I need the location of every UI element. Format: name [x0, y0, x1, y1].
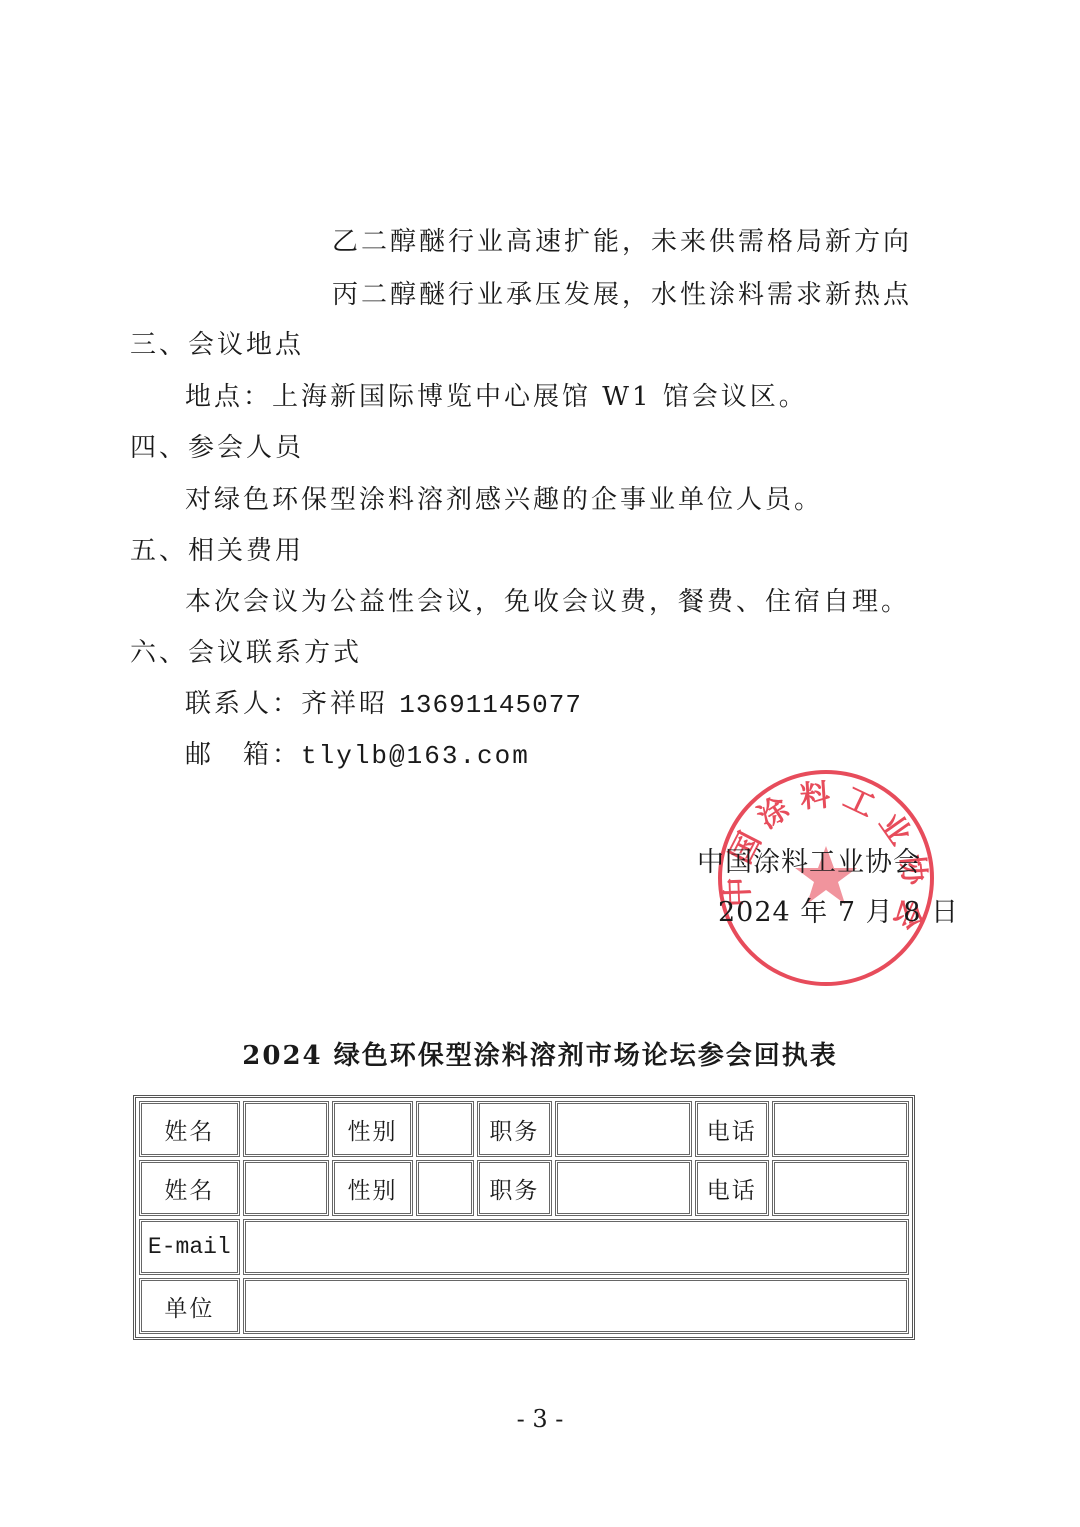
unit-label-cell: 单位: [139, 1278, 240, 1334]
table-row: E-mail: [139, 1219, 909, 1275]
contact-email[interactable]: tlylb@163.com: [301, 741, 530, 771]
page-number: - 3 -: [0, 1405, 1080, 1433]
position-label-1: 职务: [477, 1101, 551, 1157]
name-label-1: 姓名: [139, 1101, 240, 1157]
section-heading-fees: 五、相关费用: [130, 536, 304, 566]
table-row: 姓名 性别 职务 电话: [139, 1160, 909, 1216]
contact-phone: 13691145077: [399, 690, 582, 720]
section-heading-venue: 三、会议地点: [130, 330, 304, 360]
phone-label-2: 电话: [695, 1160, 769, 1216]
contact-email-line: 邮 箱：tlylb@163.com: [185, 740, 530, 771]
signing-date: 2024 年 7 月 8 日: [718, 890, 959, 929]
phone-field-1[interactable]: [772, 1101, 909, 1157]
table-row: 姓名 性别 职务 电话: [139, 1101, 909, 1157]
signing-organization: 中国涂料工业协会: [697, 840, 921, 879]
section-body-fees: 本次会议为公益性会议，免收会议费，餐费、住宿自理。: [185, 587, 910, 617]
name-label-2: 姓名: [139, 1160, 240, 1216]
section-heading-attendees: 四、参会人员: [130, 433, 304, 463]
phone-field-2[interactable]: [772, 1160, 909, 1216]
email-label-cell: E-mail: [139, 1219, 240, 1275]
reply-form-table: 姓名 性别 职务 电话 姓名 性别 职务 电话 E-mail 单位: [133, 1095, 915, 1340]
gender-label-2: 性别: [332, 1160, 413, 1216]
contact-label: 联系人：: [185, 689, 301, 719]
section-body-attendees: 对绿色环保型涂料溶剂感兴趣的企事业单位人员。: [185, 485, 823, 515]
unit-field[interactable]: [243, 1278, 909, 1334]
gender-label-1: 性别: [332, 1101, 413, 1157]
topic-line-1: 乙二醇醚行业高速扩能，未来供需格局新方向: [332, 227, 912, 257]
position-field-1[interactable]: [555, 1101, 692, 1157]
gender-field-2[interactable]: [416, 1160, 474, 1216]
email-label: 邮 箱：: [185, 740, 301, 770]
table-row: 单位: [139, 1278, 909, 1334]
phone-label-1: 电话: [695, 1101, 769, 1157]
contact-name: 齐祥昭: [301, 689, 388, 719]
position-field-2[interactable]: [555, 1160, 692, 1216]
position-label-2: 职务: [477, 1160, 551, 1216]
gender-field-1[interactable]: [416, 1101, 474, 1157]
name-field-2[interactable]: [243, 1160, 330, 1216]
section-heading-contact: 六、会议联系方式: [130, 638, 362, 668]
section-body-venue: 地点：上海新国际博览中心展馆 W1 馆会议区。: [185, 382, 808, 412]
contact-person-line: 联系人：齐祥昭 13691145077: [185, 689, 582, 720]
form-title: 2024 绿色环保型涂料溶剂市场论坛参会回执表: [0, 1035, 1080, 1072]
name-field-1[interactable]: [243, 1101, 330, 1157]
topic-line-2: 丙二醇醚行业承压发展，水性涂料需求新热点: [332, 280, 912, 310]
email-field[interactable]: [243, 1219, 909, 1275]
